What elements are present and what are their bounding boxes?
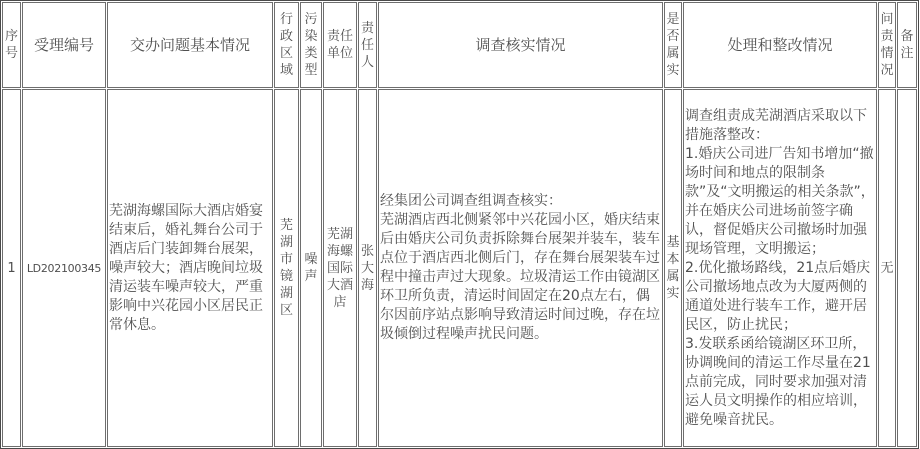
cell-investigation: 经集团公司调查组调查核实： 芜湖酒店西北侧紧邻中兴花园小区，婚庆结束后由婚庆公司… — [378, 89, 663, 447]
complaint-handling-table: 序号 受理编号 交办问题基本情况 行政区域 污染类型 责任单位 责任人 调查核实… — [0, 0, 919, 449]
header-case-no: 受理编号 — [22, 2, 106, 88]
header-remark: 备注 — [897, 2, 917, 88]
header-responsible-person: 责任人 — [358, 2, 377, 88]
table-body: 1 LD202100345 芜湖海螺国际大酒店婚宴结束后，婚礼舞台公司于酒店后门… — [2, 89, 917, 447]
table-row: 1 LD202100345 芜湖海螺国际大酒店婚宴结束后，婚礼舞台公司于酒店后门… — [2, 89, 917, 447]
header-verified: 是否属实 — [664, 2, 682, 88]
header-investigation: 调查核实情况 — [378, 2, 663, 88]
cell-remark — [897, 89, 917, 447]
cell-problem: 芜湖海螺国际大酒店婚宴结束后，婚礼舞台公司于酒店后门装卸舞台展架，噪声较大；酒店… — [107, 89, 273, 447]
cell-rectification: 调查组责成芜湖酒店采取以下措施落整改： 1.婚庆公司进厂告知书增加“撤场时间和地… — [683, 89, 877, 447]
cell-pollution-type: 噪声 — [300, 89, 322, 447]
header-seq: 序号 — [2, 2, 21, 88]
cell-region: 芜湖市镜湖区 — [274, 89, 299, 447]
cell-case-no: LD202100345 — [22, 89, 106, 447]
cell-responsible-unit: 芜湖海螺国际大酒店 — [323, 89, 357, 447]
cell-responsible-person: 张大海 — [358, 89, 377, 447]
cell-verified: 基本属实 — [664, 89, 682, 447]
header-region: 行政区域 — [274, 2, 299, 88]
cell-accountability: 无 — [878, 89, 896, 447]
header-responsible-unit: 责任单位 — [323, 2, 357, 88]
cell-seq: 1 — [2, 89, 21, 447]
table-header: 序号 受理编号 交办问题基本情况 行政区域 污染类型 责任单位 责任人 调查核实… — [2, 2, 917, 88]
header-problem: 交办问题基本情况 — [107, 2, 273, 88]
header-pollution-type: 污染类型 — [300, 2, 322, 88]
header-accountability: 问责情况 — [878, 2, 896, 88]
header-row: 序号 受理编号 交办问题基本情况 行政区域 污染类型 责任单位 责任人 调查核实… — [2, 2, 917, 88]
header-rectification: 处理和整改情况 — [683, 2, 877, 88]
